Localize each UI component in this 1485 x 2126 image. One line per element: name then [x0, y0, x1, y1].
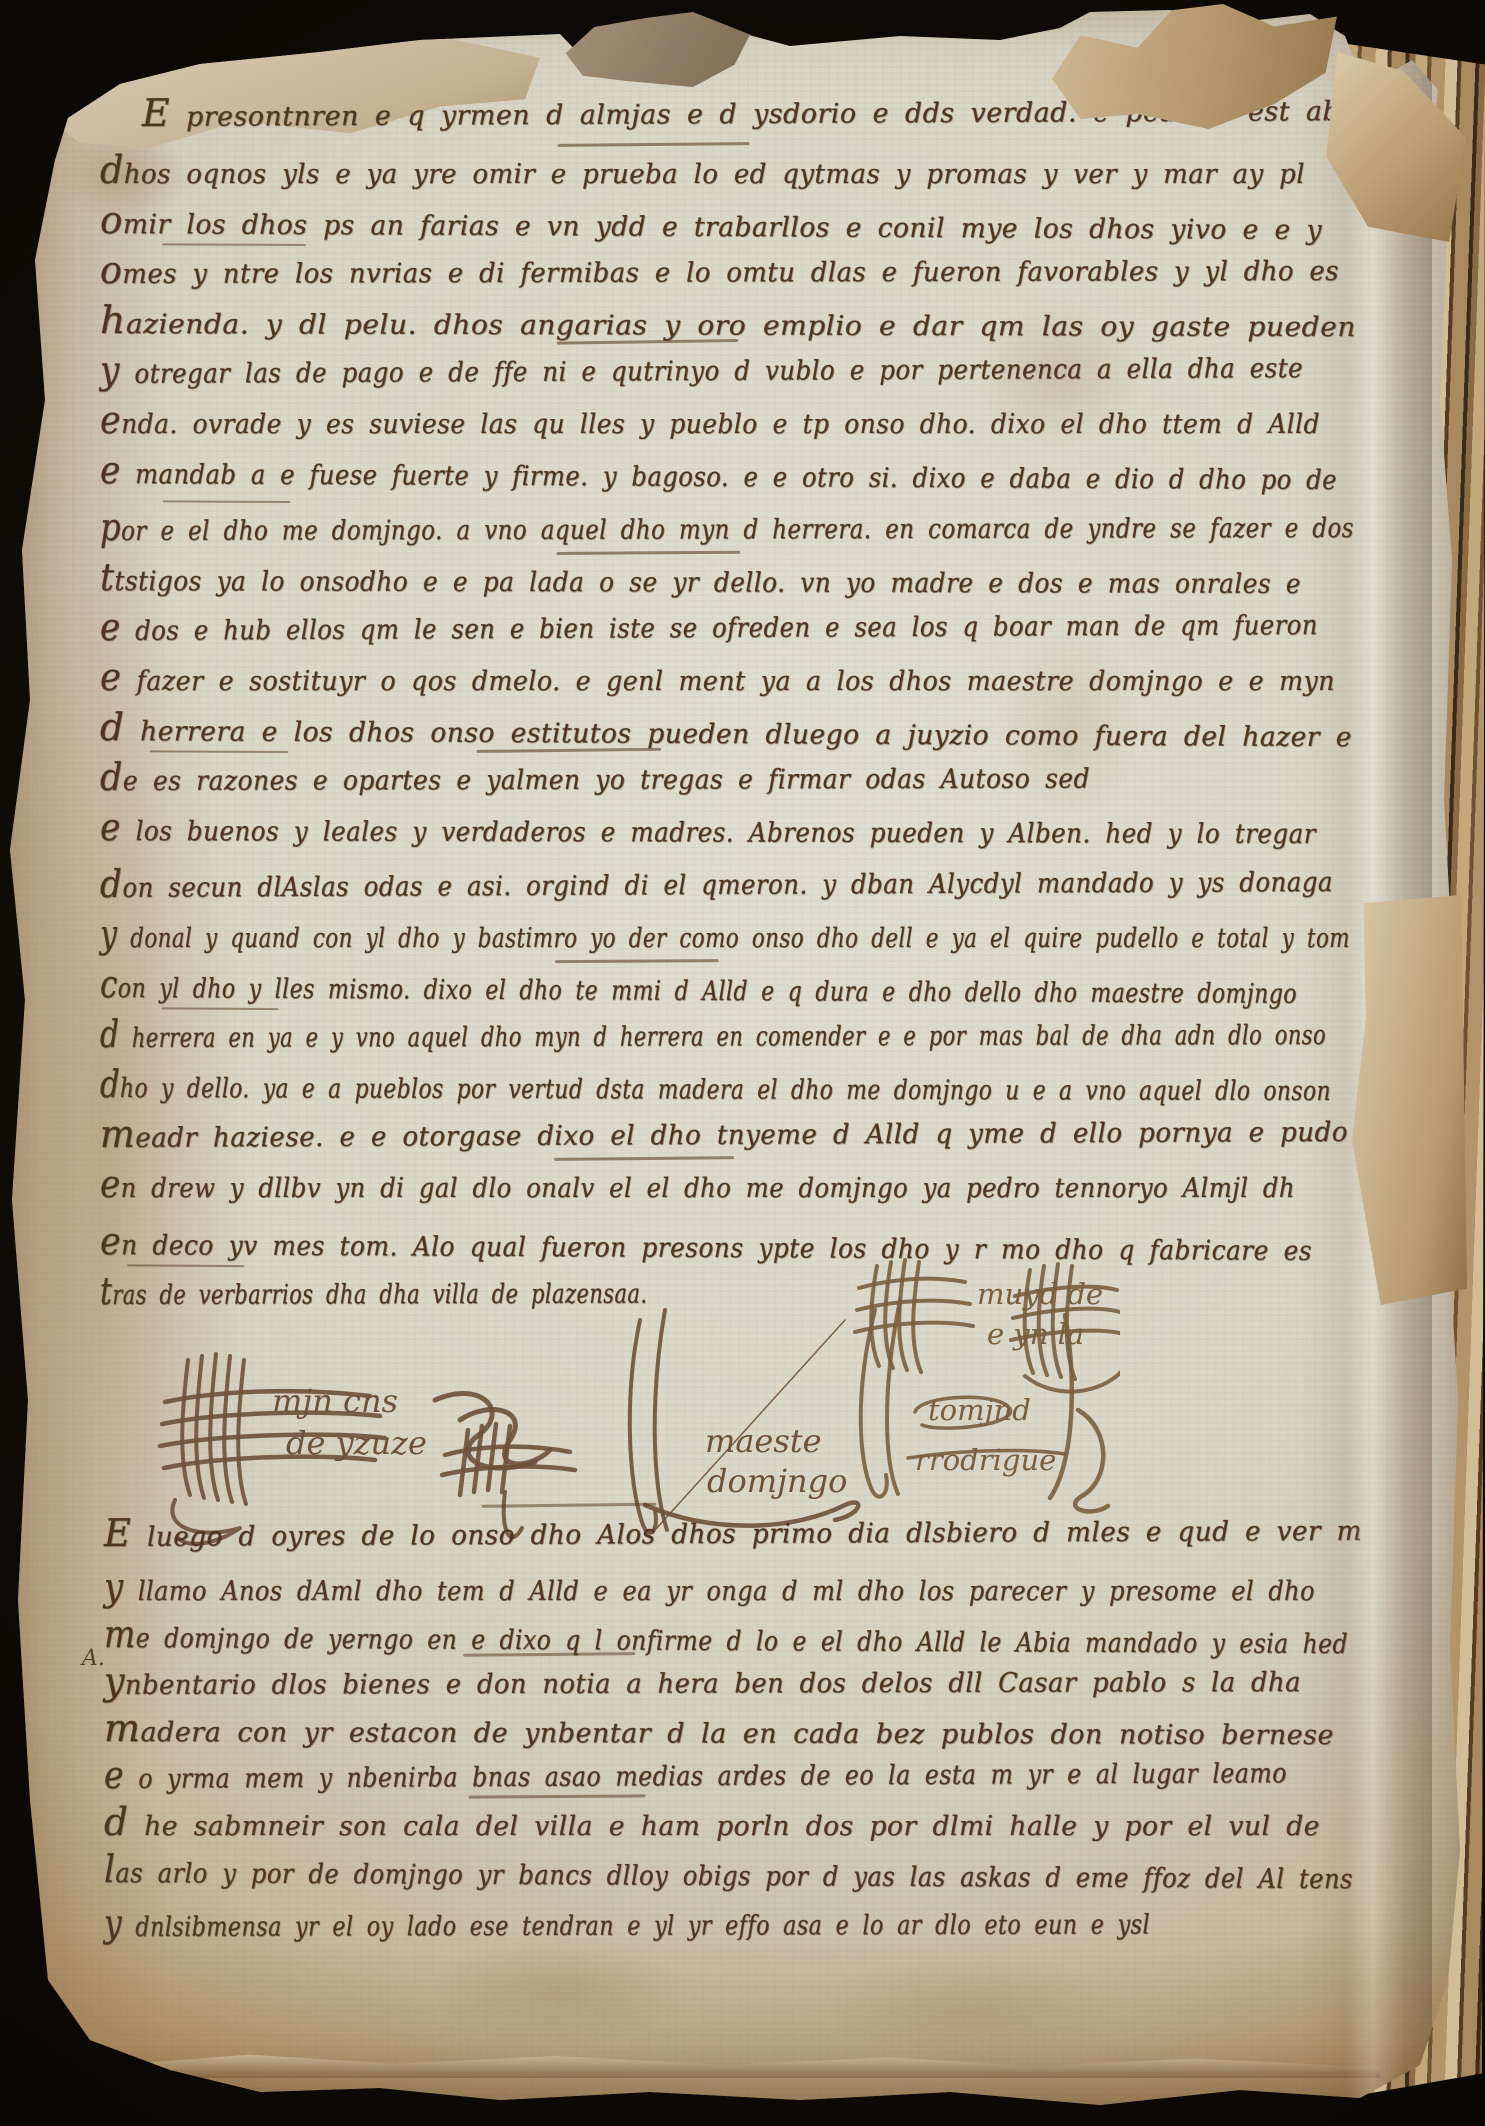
- manuscript-line: omes y ntre los nvrias e di fermibas e l…: [100, 247, 1339, 295]
- manuscript-line: e los buenos y leales y verdaderos e mad…: [100, 807, 1316, 855]
- manuscript-line: dhos oqnos yls e ya yre omir e prueba lo…: [100, 150, 1305, 195]
- manuscript-line: enda. ovrade y es suviese las qu lles y …: [100, 400, 1320, 445]
- manuscript-line: y llamo Anos dAml dho tem d Alld e ea yr…: [104, 1567, 1315, 1612]
- signature-name: tomjnd: [928, 1393, 1031, 1427]
- manuscript-line: meadr haziese. e e otorgase dixo el dho …: [100, 1108, 1348, 1159]
- manuscript-line: e o yrma mem y nbenirba bnas asao medias…: [104, 1749, 1287, 1800]
- manuscript-line: e fazer e sostituyr o qos dmelo. e genl …: [100, 657, 1335, 702]
- manuscript-line: E luego d oyres de lo onso dho Alos dhos…: [104, 1507, 1362, 1558]
- manuscript-line: d herrera en ya e y vno aquel dho myn d …: [100, 1011, 1326, 1059]
- signature-name: mjn cns: [272, 1382, 398, 1420]
- text-block-main: E presontnren e q yrmen d almjas e d ysd…: [100, 96, 1380, 1336]
- signature-name: de yzuze: [286, 1424, 427, 1462]
- signature-name: maeste: [705, 1422, 822, 1460]
- signature-maestre-domingo: maeste domjngo: [630, 1310, 858, 1533]
- manuscript-line: don secun dlAslas odas e asi. orgind di …: [100, 858, 1333, 909]
- manuscript-line: e mandab a e fuese fuerte y firme. y bag…: [100, 450, 1337, 501]
- manuscript-line: ynbentario dlos bienes e don notia a her…: [104, 1658, 1301, 1706]
- worn-bottom-edge: [0, 1930, 1485, 2126]
- manuscript-line: en drew y dllbv yn di gal dlo onalv el e…: [100, 1164, 1295, 1209]
- manuscript-line: dho y dello. ya e a pueblos por vertud d…: [100, 1064, 1331, 1112]
- manuscript-line: me domjngo de yerngo en e dixo q l onfir…: [104, 1614, 1348, 1665]
- manuscript-line: y otregar las de pago e de ffe ni e qutr…: [100, 344, 1303, 395]
- manuscript-leaf: E presontnren e q yrmen d almjas e d ysd…: [0, 0, 1485, 2126]
- manuscript-line: con yl dho y lles mismo. dixo el dho te …: [100, 964, 1297, 1015]
- manuscript-line: y donal y quand con yl dho y bastimro yo…: [100, 914, 1350, 959]
- signature-name: rrodrigue: [915, 1443, 1056, 1477]
- photo-backdrop: E presontnren e q yrmen d almjas e d ysd…: [0, 0, 1485, 2126]
- signature-name: domjngo: [707, 1462, 847, 1500]
- manuscript-line: ttstigos ya lo onsodho e e pa lada o se …: [100, 557, 1301, 605]
- manuscript-line: e dos e hub ellos qm le sen e bien iste …: [100, 601, 1318, 652]
- manuscript-line: madera con yr estacon de ynbentar d la e…: [104, 1708, 1334, 1756]
- margin-mark: A.: [82, 1646, 105, 1671]
- manuscript-line: de es razones e opartes e yalmen yo treg…: [100, 755, 1090, 802]
- signature-name: muyd de: [977, 1277, 1103, 1311]
- manuscript-line: por e el dho me domjngo. a vno aquel dho…: [100, 504, 1354, 552]
